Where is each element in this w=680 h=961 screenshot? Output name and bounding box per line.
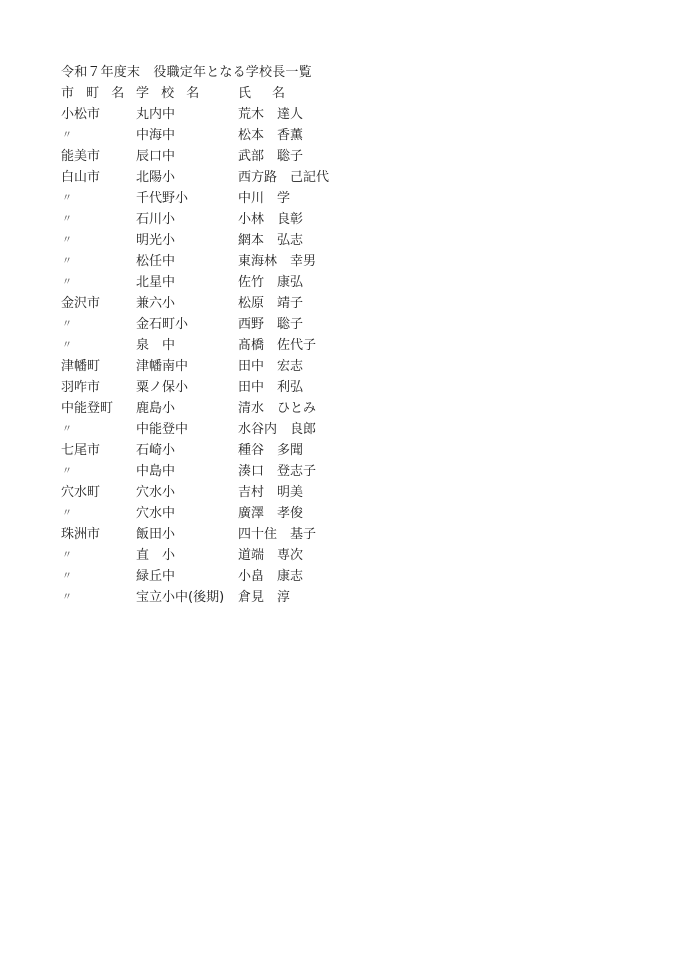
cell-school: 中能登中 bbox=[136, 421, 188, 439]
cell-name: 小林 良彰 bbox=[238, 211, 303, 229]
cell-school: 千代野小 bbox=[136, 190, 188, 208]
cell-name: 松本 香薫 bbox=[238, 127, 303, 145]
cell-municipality: 〃 bbox=[61, 190, 72, 208]
cell-school: 鹿島小 bbox=[136, 400, 175, 418]
cell-municipality: 中能登町 bbox=[61, 400, 113, 418]
cell-school: 辰口中 bbox=[136, 148, 175, 166]
cell-municipality: 〃 bbox=[61, 127, 72, 145]
cell-municipality: 〃 bbox=[61, 274, 72, 292]
cell-school: 飯田小 bbox=[136, 526, 175, 544]
cell-name: 廣澤 孝俊 bbox=[238, 505, 303, 523]
cell-name: 清水 ひとみ bbox=[238, 400, 316, 418]
cell-name: 湊口 登志子 bbox=[238, 463, 316, 481]
cell-municipality: 七尾市 bbox=[61, 442, 100, 460]
cell-municipality: 白山市 bbox=[61, 169, 100, 187]
cell-name: 道端 専次 bbox=[238, 547, 303, 565]
cell-school: 北陽小 bbox=[136, 169, 175, 187]
cell-school: 宝立小中(後期) bbox=[136, 589, 224, 607]
cell-municipality: 津幡町 bbox=[61, 358, 100, 376]
cell-school: 丸内中 bbox=[136, 106, 175, 124]
cell-school: 兼六小 bbox=[136, 295, 175, 313]
cell-name: 吉村 明美 bbox=[238, 484, 303, 502]
cell-name: 田中 利弘 bbox=[238, 379, 303, 397]
cell-municipality: 〃 bbox=[61, 211, 72, 229]
cell-municipality: 〃 bbox=[61, 316, 72, 334]
cell-name: 種谷 多聞 bbox=[238, 442, 303, 460]
header-name: 氏 名 bbox=[238, 85, 289, 103]
cell-name: 西野 聡子 bbox=[238, 316, 303, 334]
cell-school: 松任中 bbox=[136, 253, 175, 271]
cell-name: 東海林 幸男 bbox=[238, 253, 316, 271]
cell-municipality: 〃 bbox=[61, 547, 72, 565]
cell-school: 緑丘中 bbox=[136, 568, 175, 586]
cell-name: 武部 聡子 bbox=[238, 148, 303, 166]
cell-name: 佐竹 康弘 bbox=[238, 274, 303, 292]
header-municipality: 市 町 名 bbox=[61, 85, 128, 103]
cell-school: 石崎小 bbox=[136, 442, 175, 460]
cell-municipality: 金沢市 bbox=[61, 295, 100, 313]
cell-school: 津幡南中 bbox=[136, 358, 188, 376]
cell-municipality: 〃 bbox=[61, 421, 72, 439]
cell-school: 穴水中 bbox=[136, 505, 175, 523]
cell-municipality: 〃 bbox=[61, 463, 72, 481]
cell-name: 中川 学 bbox=[238, 190, 290, 208]
cell-name: 田中 宏志 bbox=[238, 358, 303, 376]
cell-name: 松原 靖子 bbox=[238, 295, 303, 313]
cell-name: 小畠 康志 bbox=[238, 568, 303, 586]
cell-municipality: 羽咋市 bbox=[61, 379, 100, 397]
cell-name: 倉見 淳 bbox=[238, 589, 290, 607]
cell-name: 西方路 己記代 bbox=[238, 169, 329, 187]
cell-name: 四十住 基子 bbox=[238, 526, 316, 544]
cell-name: 髙橋 佐代子 bbox=[238, 337, 316, 355]
cell-school: 北星中 bbox=[136, 274, 175, 292]
cell-school: 金石町小 bbox=[136, 316, 188, 334]
header-school: 学 校 名 bbox=[136, 85, 203, 103]
cell-name: 荒木 達人 bbox=[238, 106, 303, 124]
cell-name: 網本 弘志 bbox=[238, 232, 303, 250]
cell-school: 石川小 bbox=[136, 211, 175, 229]
cell-school: 中海中 bbox=[136, 127, 175, 145]
cell-municipality: 〃 bbox=[61, 589, 72, 607]
document-page: 令和７年度末 役職定年となる学校長一覧 市 町 名 学 校 名 氏 名 小松市丸… bbox=[0, 0, 680, 961]
cell-municipality: 珠洲市 bbox=[61, 526, 100, 544]
cell-school: 粟ノ保小 bbox=[136, 379, 188, 397]
cell-school: 明光小 bbox=[136, 232, 175, 250]
cell-municipality: 能美市 bbox=[61, 148, 100, 166]
cell-school: 穴水小 bbox=[136, 484, 175, 502]
cell-municipality: 〃 bbox=[61, 337, 72, 355]
cell-name: 水谷内 良郎 bbox=[238, 421, 316, 439]
cell-municipality: 穴水町 bbox=[61, 484, 100, 502]
cell-municipality: 小松市 bbox=[61, 106, 100, 124]
cell-school: 直 小 bbox=[136, 547, 175, 565]
cell-school: 中島中 bbox=[136, 463, 175, 481]
cell-school: 泉 中 bbox=[136, 337, 175, 355]
cell-municipality: 〃 bbox=[61, 232, 72, 250]
document-title: 令和７年度末 役職定年となる学校長一覧 bbox=[61, 64, 312, 82]
cell-municipality: 〃 bbox=[61, 568, 72, 586]
cell-municipality: 〃 bbox=[61, 253, 72, 271]
cell-municipality: 〃 bbox=[61, 505, 72, 523]
